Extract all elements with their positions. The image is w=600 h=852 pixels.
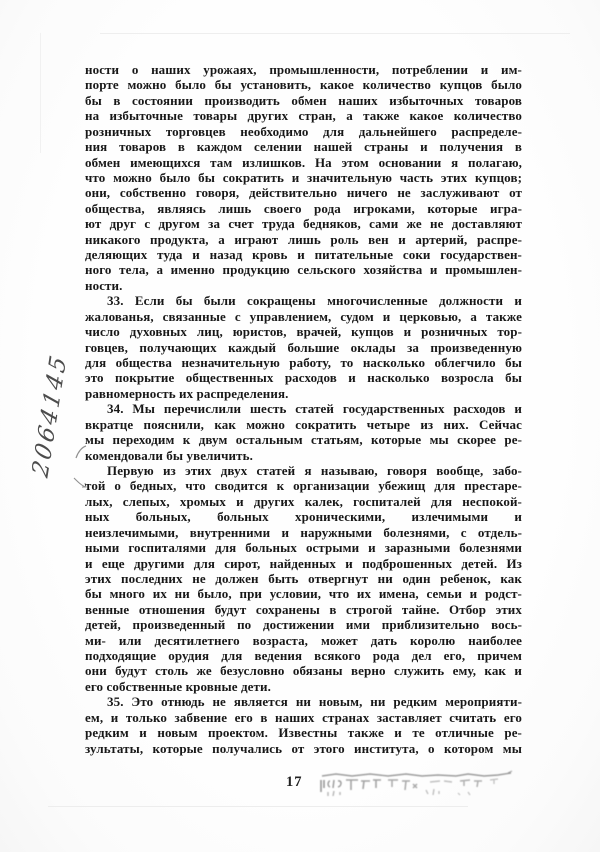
- text-line: говцев, получающих каждый большие оклады…: [85, 340, 522, 355]
- text-line: ными госпиталями для больных острыми и з…: [85, 540, 522, 555]
- text-line: общества, являясь лишь своего рода игрок…: [85, 201, 522, 216]
- scan-edge-artifact: [40, 33, 41, 153]
- text-line: деляющих туда и назад кровь и питательны…: [85, 247, 522, 262]
- text-line: 35. Это отнюдь не является ни новым, ни …: [85, 694, 522, 709]
- text-line: той о бедных, что сводится к организации…: [85, 478, 522, 493]
- library-stamp-illegible: [318, 768, 518, 804]
- text-line: число духовных лиц, юристов, врачей, куп…: [85, 324, 522, 339]
- page-number: 17: [286, 774, 303, 791]
- text-line: на избыточные товары других стран, а так…: [85, 108, 522, 123]
- text-line: Первую из этих двух статей я называю, го…: [85, 463, 522, 478]
- text-line: мы переходим к двум остальным статьям, к…: [85, 432, 522, 447]
- text-line: ности.: [85, 278, 522, 293]
- text-line: неизлечимыми, внутренними и наружными бо…: [85, 525, 522, 540]
- text-line: ем, и только забвение его в наших страна…: [85, 710, 522, 725]
- text-line: ного тела, а именно продукцию сельского …: [85, 262, 522, 277]
- text-line: никакого продукта, а играют лишь роль ве…: [85, 232, 522, 247]
- text-line: ных больных, больных хроническими, излеч…: [85, 509, 522, 524]
- scanned-book-page: 2064145 ности о наших урожаях, промышлен…: [0, 0, 600, 852]
- text-line: редким и новым проектом. Известны также …: [85, 725, 522, 740]
- text-line: вкратце пояснили, как можно сократить че…: [85, 417, 522, 432]
- text-line: лых, слепых, хромых и других калек, госп…: [85, 494, 522, 509]
- text-line: что можно было бы сократить и значительн…: [85, 170, 522, 185]
- text-line: это покрытие общественных расходов и нас…: [85, 370, 522, 385]
- text-line: бы много их ни было, при условии, что их…: [85, 586, 522, 601]
- text-line: ности о наших урожаях, промышленности, п…: [85, 62, 522, 77]
- scan-edge-artifact: [100, 33, 570, 34]
- text-line: обмен имеющихся там излишков. На этом ос…: [85, 155, 522, 170]
- text-line: его собственные кровные дети.: [85, 679, 522, 694]
- text-line: ют друг с другом за счет труда бедняков,…: [85, 216, 522, 231]
- text-line: этих последних не должен быть отвергнут …: [85, 571, 522, 586]
- text-line: они будут столь же безусловно обязаны ве…: [85, 663, 522, 678]
- text-line: подходящие орудия для ведения всякого ро…: [85, 648, 522, 663]
- text-line: 33. Если бы были сокращены многочисленны…: [85, 293, 522, 308]
- text-line: венные отношения будут сохранены в строг…: [85, 602, 522, 617]
- text-line: бы в состоянии производить обмен наших и…: [85, 93, 522, 108]
- text-line: 34. Мы перечислили шесть статей государс…: [85, 401, 522, 416]
- text-line: равномерность их распределения.: [85, 386, 522, 401]
- text-line: ми- или десятилетнего возраста, может да…: [85, 633, 522, 648]
- text-line: жалованья, связанные с управлением, судо…: [85, 309, 522, 324]
- text-block: ности о наших урожаях, промышленности, п…: [85, 62, 522, 756]
- text-line: для общества незначительную работу, то н…: [85, 355, 522, 370]
- scan-edge-artifact: [48, 806, 468, 807]
- text-line: комендовали бы увеличить.: [85, 448, 522, 463]
- handwritten-margin-number: 2064145: [28, 350, 72, 481]
- text-line: ния товаров в каждом селении нашей стран…: [85, 139, 522, 154]
- text-line: и еще другими для сирот, найденных и под…: [85, 556, 522, 571]
- text-line: порте можно было бы установить, какое ко…: [85, 77, 522, 92]
- text-line: они, собственно говоря, действительно ни…: [85, 185, 522, 200]
- text-line: розничных торговцев необходимо для дальн…: [85, 124, 522, 139]
- text-line: зультаты, которые получались от этого ин…: [85, 741, 522, 756]
- text-line: детей, произведенный по достижении ими п…: [85, 617, 522, 632]
